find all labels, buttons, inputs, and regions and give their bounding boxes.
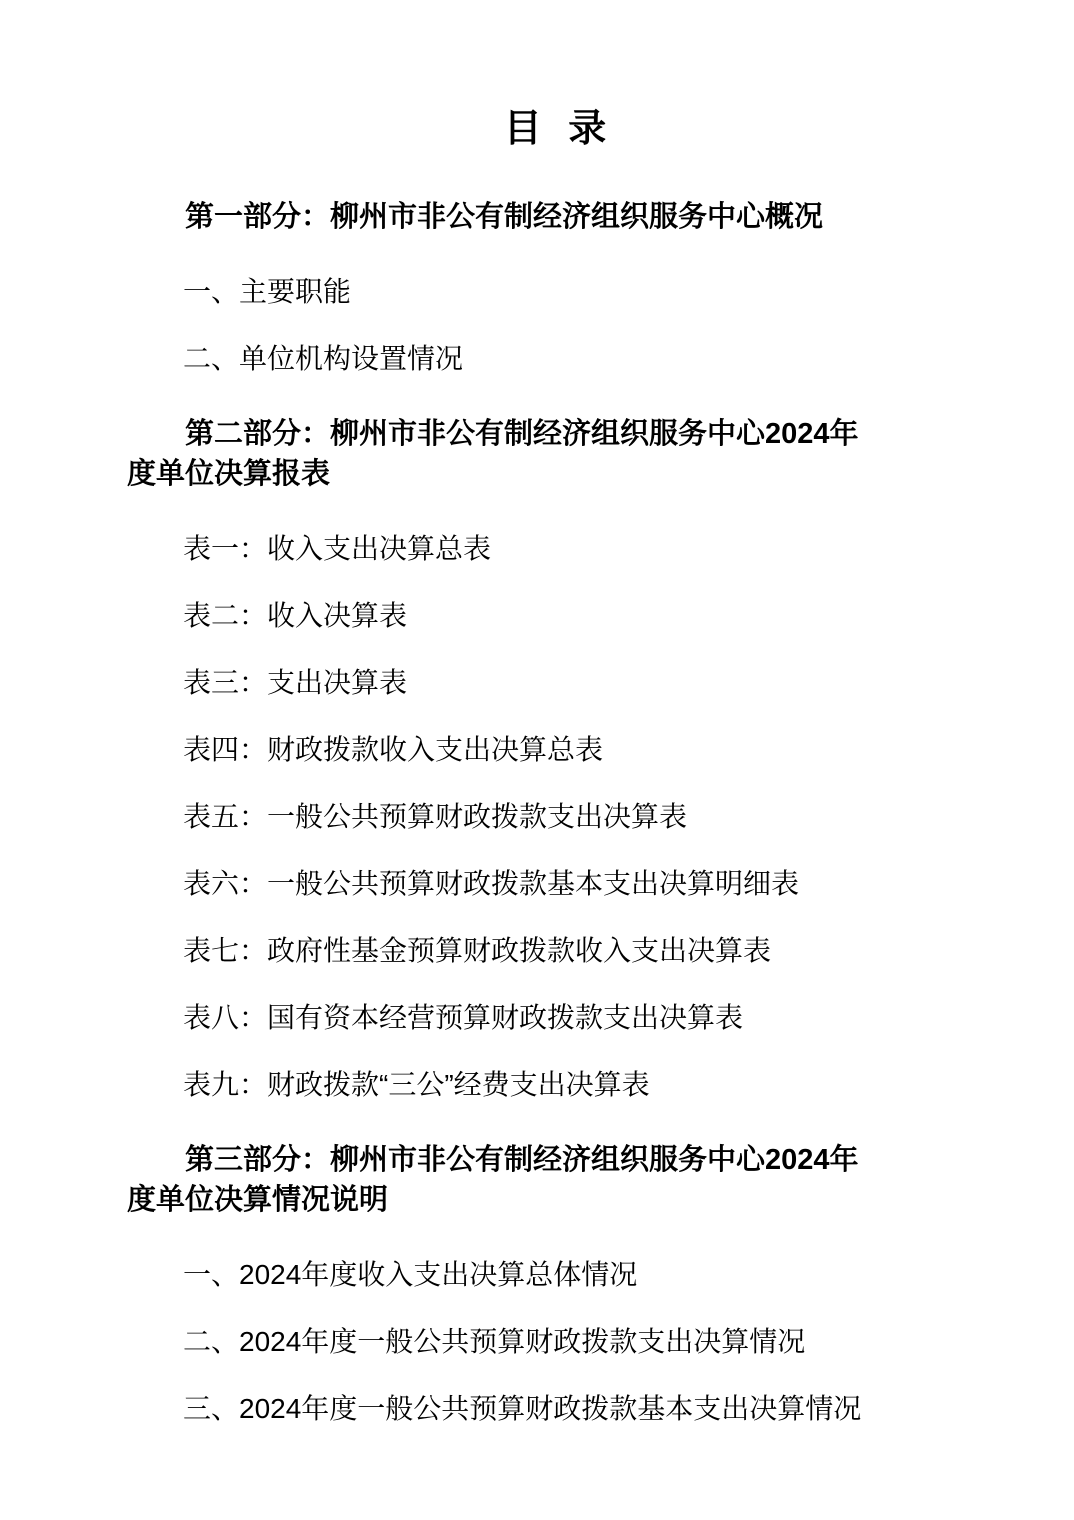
toc-item-table-7: 表七：政府性基金预算财政拨款收入支出决算表	[127, 931, 984, 971]
document-page: 目 录 第一部分：柳州市非公有制经济组织服务中心概况 一、主要职能 二、单位机构…	[0, 0, 1074, 1520]
toc-item-org-setup: 二、单位机构设置情况	[127, 339, 984, 379]
toc-item-table-9: 表九：财政拨款“三公”经费支出决算表	[127, 1065, 984, 1105]
toc-part-heading-3: 第三部分：柳州市非公有制经济组织服务中心2024年 度单位决算情况说明	[127, 1140, 984, 1220]
page-title: 目 录	[127, 106, 984, 152]
toc-part-heading-2: 第二部分：柳州市非公有制经济组织服务中心2024年 度单位决算报表	[127, 414, 984, 494]
toc-item-table-2: 表二：收入决算表	[127, 596, 984, 636]
toc-item-table-8: 表八：国有资本经营预算财政拨款支出决算表	[127, 998, 984, 1038]
toc-item-note-2: 二、2024年度一般公共预算财政拨款支出决算情况	[127, 1322, 984, 1362]
toc-item-table-4: 表四：财政拨款收入支出决算总表	[127, 730, 984, 770]
toc-item-note-3: 三、2024年度一般公共预算财政拨款基本支出决算情况	[127, 1389, 984, 1429]
toc-item-table-1: 表一：收入支出决算总表	[127, 529, 984, 569]
toc-part-heading-1: 第一部分：柳州市非公有制经济组织服务中心概况	[127, 197, 984, 237]
toc-item-table-5: 表五：一般公共预算财政拨款支出决算表	[127, 797, 984, 837]
toc-item-note-1: 一、2024年度收入支出决算总体情况	[127, 1255, 984, 1295]
toc-item-table-6: 表六：一般公共预算财政拨款基本支出决算明细表	[127, 864, 984, 904]
toc-item-main-functions: 一、主要职能	[127, 272, 984, 312]
toc-item-table-3: 表三：支出决算表	[127, 663, 984, 703]
